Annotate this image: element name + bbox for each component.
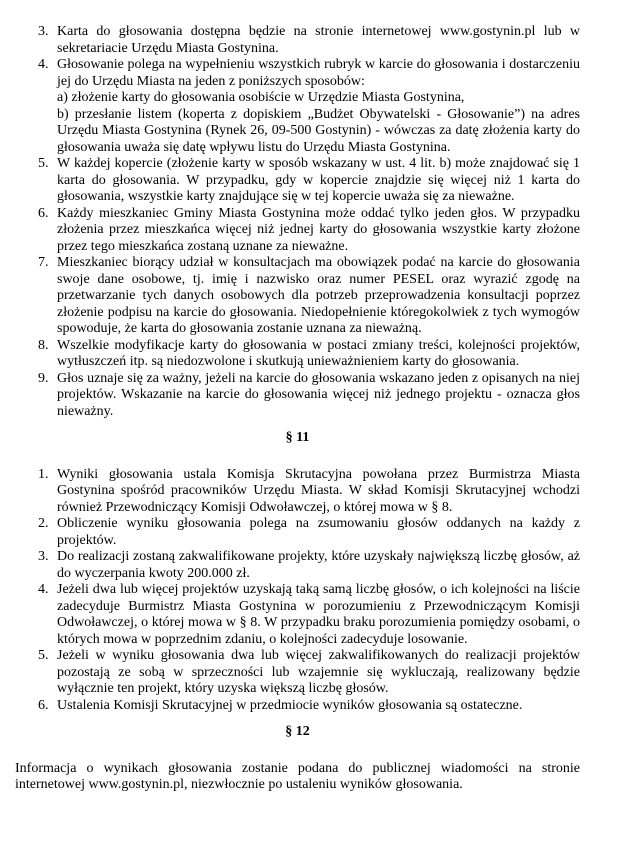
document-page: 3.Karta do głosowania dostępna będzie na… — [0, 0, 620, 852]
list-item: 4.Jeżeli dwa lub więcej projektów uzyska… — [15, 582, 580, 648]
item-text: Mieszkaniec biorący udział w konsultacja… — [57, 255, 580, 338]
item-text-segment: Mieszkaniec biorący udział w konsultacja… — [57, 255, 580, 338]
item-number: 5. — [15, 156, 57, 173]
item-text-segment: Do realizacji zostaną zakwalifikowane pr… — [57, 549, 580, 582]
item-text: Ustalenia Komisji Skrutacyjnej w przedmi… — [57, 698, 580, 715]
item-text-segment: Jeżeli w wyniku głosowania dwa lub więce… — [57, 648, 580, 698]
list-item: 5.Jeżeli w wyniku głosowania dwa lub wię… — [15, 648, 580, 698]
item-text: Do realizacji zostaną zakwalifikowane pr… — [57, 549, 580, 582]
list-item: 9.Głos uznaje się za ważny, jeżeli na ka… — [15, 371, 580, 421]
list-item: 1.Wyniki głosowania ustala Komisja Skrut… — [15, 467, 580, 517]
item-text: Głosowanie polega na wypełnieniu wszystk… — [57, 57, 580, 156]
list-item: 2.Obliczenie wyniku głosowania polega na… — [15, 516, 580, 549]
item-number: 2. — [15, 516, 57, 533]
item-text-segment: Karta do głosowania dostępna będzie na s… — [57, 24, 580, 57]
list-item: 3.Karta do głosowania dostępna będzie na… — [15, 24, 580, 57]
section-12-header: § 12 — [15, 724, 580, 741]
item-number: 5. — [15, 648, 57, 665]
item-text: Jeżeli w wyniku głosowania dwa lub więce… — [57, 648, 580, 698]
list-item: 3.Do realizacji zostaną zakwalifikowane … — [15, 549, 580, 582]
item-text-segment: Każdy mieszkaniec Gminy Miasta Gostynina… — [57, 206, 580, 256]
section-11-header: § 11 — [15, 430, 580, 447]
list-item: 5.W każdej kopercie (złożenie karty w sp… — [15, 156, 580, 206]
item-number: 6. — [15, 206, 57, 223]
item-text-segment: Obliczenie wyniku głosowania polega na z… — [57, 516, 580, 549]
item-number: 4. — [15, 57, 57, 74]
section-12-paragraph: Informacja o wynikach głosowania zostani… — [15, 761, 580, 794]
item-text-segment: Ustalenia Komisji Skrutacyjnej w przedmi… — [57, 698, 580, 715]
section-11-list: 1.Wyniki głosowania ustala Komisja Skrut… — [15, 467, 580, 715]
item-number: 6. — [15, 698, 57, 715]
item-text-segment: Wyniki głosowania ustala Komisja Skrutac… — [57, 467, 580, 517]
item-text: Głos uznaje się za ważny, jeżeli na karc… — [57, 371, 580, 421]
list-item: 4.Głosowanie polega na wypełnieniu wszys… — [15, 57, 580, 156]
item-text: Jeżeli dwa lub więcej projektów uzyskają… — [57, 582, 580, 648]
item-text-segment: b) przesłanie listem (koperta z dopiskie… — [57, 107, 580, 157]
item-number: 8. — [15, 338, 57, 355]
item-text: Każdy mieszkaniec Gminy Miasta Gostynina… — [57, 206, 580, 256]
item-number: 1. — [15, 467, 57, 484]
list-item: 7.Mieszkaniec biorący udział w konsultac… — [15, 255, 580, 338]
list-item: 6.Ustalenia Komisji Skrutacyjnej w przed… — [15, 698, 580, 715]
item-text-segment: a) złożenie karty do głosowania osobiści… — [57, 90, 580, 107]
item-text-segment: Głosowanie polega na wypełnieniu wszystk… — [57, 57, 580, 90]
item-number: 4. — [15, 582, 57, 599]
list-item: 8.Wszelkie modyfikacje karty do głosowan… — [15, 338, 580, 371]
item-number: 7. — [15, 255, 57, 272]
item-text: Wyniki głosowania ustala Komisja Skrutac… — [57, 467, 580, 517]
item-text-segment: W każdej kopercie (złożenie karty w spos… — [57, 156, 580, 206]
item-text-segment: Wszelkie modyfikacje karty do głosowania… — [57, 338, 580, 371]
list-item: 6.Każdy mieszkaniec Gminy Miasta Gostyni… — [15, 206, 580, 256]
item-number: 3. — [15, 549, 57, 566]
item-text: Wszelkie modyfikacje karty do głosowania… — [57, 338, 580, 371]
item-number: 3. — [15, 24, 57, 41]
item-text: Karta do głosowania dostępna będzie na s… — [57, 24, 580, 57]
item-number: 9. — [15, 371, 57, 388]
item-text: Obliczenie wyniku głosowania polega na z… — [57, 516, 580, 549]
item-text-segment: Głos uznaje się za ważny, jeżeli na karc… — [57, 371, 580, 421]
item-text: W każdej kopercie (złożenie karty w spos… — [57, 156, 580, 206]
item-text-segment: Jeżeli dwa lub więcej projektów uzyskają… — [57, 582, 580, 648]
voting-rules-list: 3.Karta do głosowania dostępna będzie na… — [15, 24, 580, 420]
